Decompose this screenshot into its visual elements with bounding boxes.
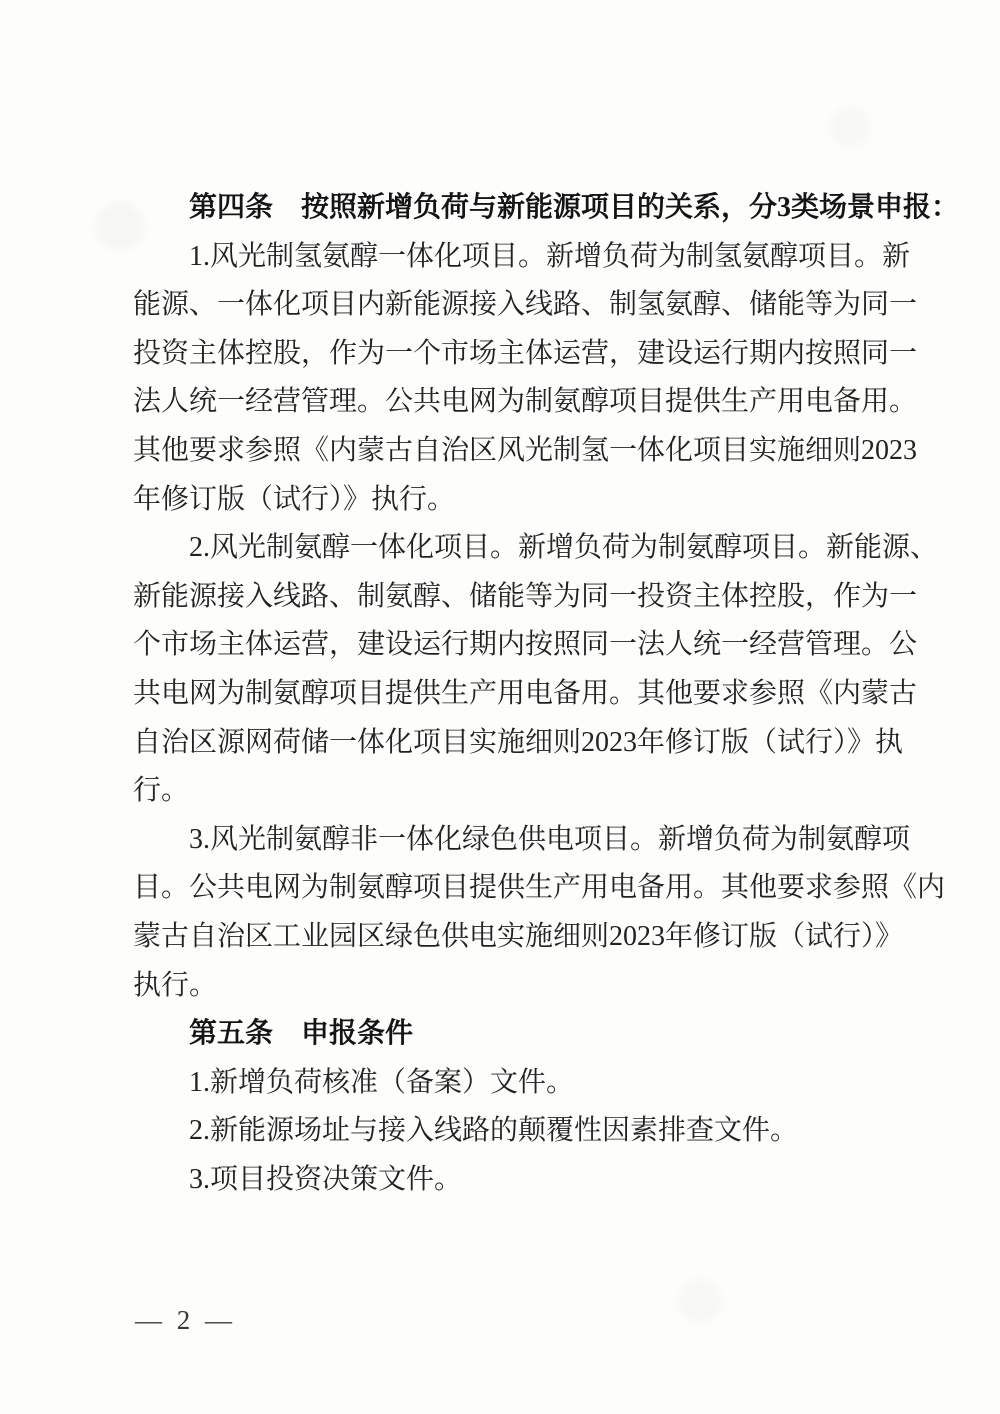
article-4-item2-line6: 行。: [133, 767, 889, 816]
article-4-item1-line4: 法人统一经营管理。公共电网为制氨醇项目提供生产用电备用。: [133, 378, 889, 427]
article-5-item2: 2.新能源场址与接入线路的颠覆性因素排查文件。: [133, 1107, 889, 1156]
article-4-item2-line5: 自治区源网荷储一体化项目实施细则2023年修订版（试行）》执: [133, 719, 889, 768]
article-4-item2-line3: 个市场主体运营，建设运行期内按照同一法人统一经营管理。公: [133, 621, 889, 670]
article-5-item1: 1.新增负荷核准（备案）文件。: [133, 1059, 889, 1108]
article-4-item3-line1: 3.风光制氨醇非一体化绿色供电项目。新增负荷为制氨醇项: [133, 816, 889, 865]
document-page: 第四条 按照新增负荷与新能源项目的关系，分3类场景申报： 1.风光制氢氨醇一体化…: [0, 0, 1000, 1414]
article-5-heading: 第五条 申报条件: [133, 1010, 889, 1059]
article-4-item1-line5: 其他要求参照《内蒙古自治区风光制氢一体化项目实施细则2023: [133, 427, 889, 476]
article-4-item3-line2: 目。公共电网为制氨醇项目提供生产用电备用。其他要求参照《内: [133, 864, 889, 913]
article-4-item1-line3: 投资主体控股，作为一个市场主体运营，建设运行期内按照同一: [133, 330, 889, 379]
article-4-item1-line1: 1.风光制氢氨醇一体化项目。新增负荷为制氢氨醇项目。新: [133, 233, 889, 282]
article-4-item3-line3: 蒙古自治区工业园区绿色供电实施细则2023年修订版（试行）》: [133, 913, 889, 962]
article-4-item3-line4: 执行。: [133, 962, 889, 1011]
article-4-item2-line4: 共电网为制氨醇项目提供生产用电备用。其他要求参照《内蒙古: [133, 670, 889, 719]
document-body: 第四条 按照新增负荷与新能源项目的关系，分3类场景申报： 1.风光制氢氨醇一体化…: [133, 184, 889, 1204]
article-4-item2-line2: 新能源接入线路、制氨醇、储能等为同一投资主体控股，作为一: [133, 573, 889, 622]
article-4-heading: 第四条 按照新增负荷与新能源项目的关系，分3类场景申报：: [133, 184, 889, 233]
article-4-item2-line1: 2.风光制氨醇一体化项目。新增负荷为制氨醇项目。新能源、: [133, 524, 889, 573]
page-number: — 2 —: [135, 1305, 236, 1335]
article-5-item3: 3.项目投资决策文件。: [133, 1156, 889, 1205]
page-footer: — 2 —: [135, 1305, 236, 1336]
article-4-item1-line2: 能源、一体化项目内新能源接入线路、制氢氨醇、储能等为同一: [133, 281, 889, 330]
article-4-item1-line6: 年修订版（试行）》执行。: [133, 476, 889, 525]
